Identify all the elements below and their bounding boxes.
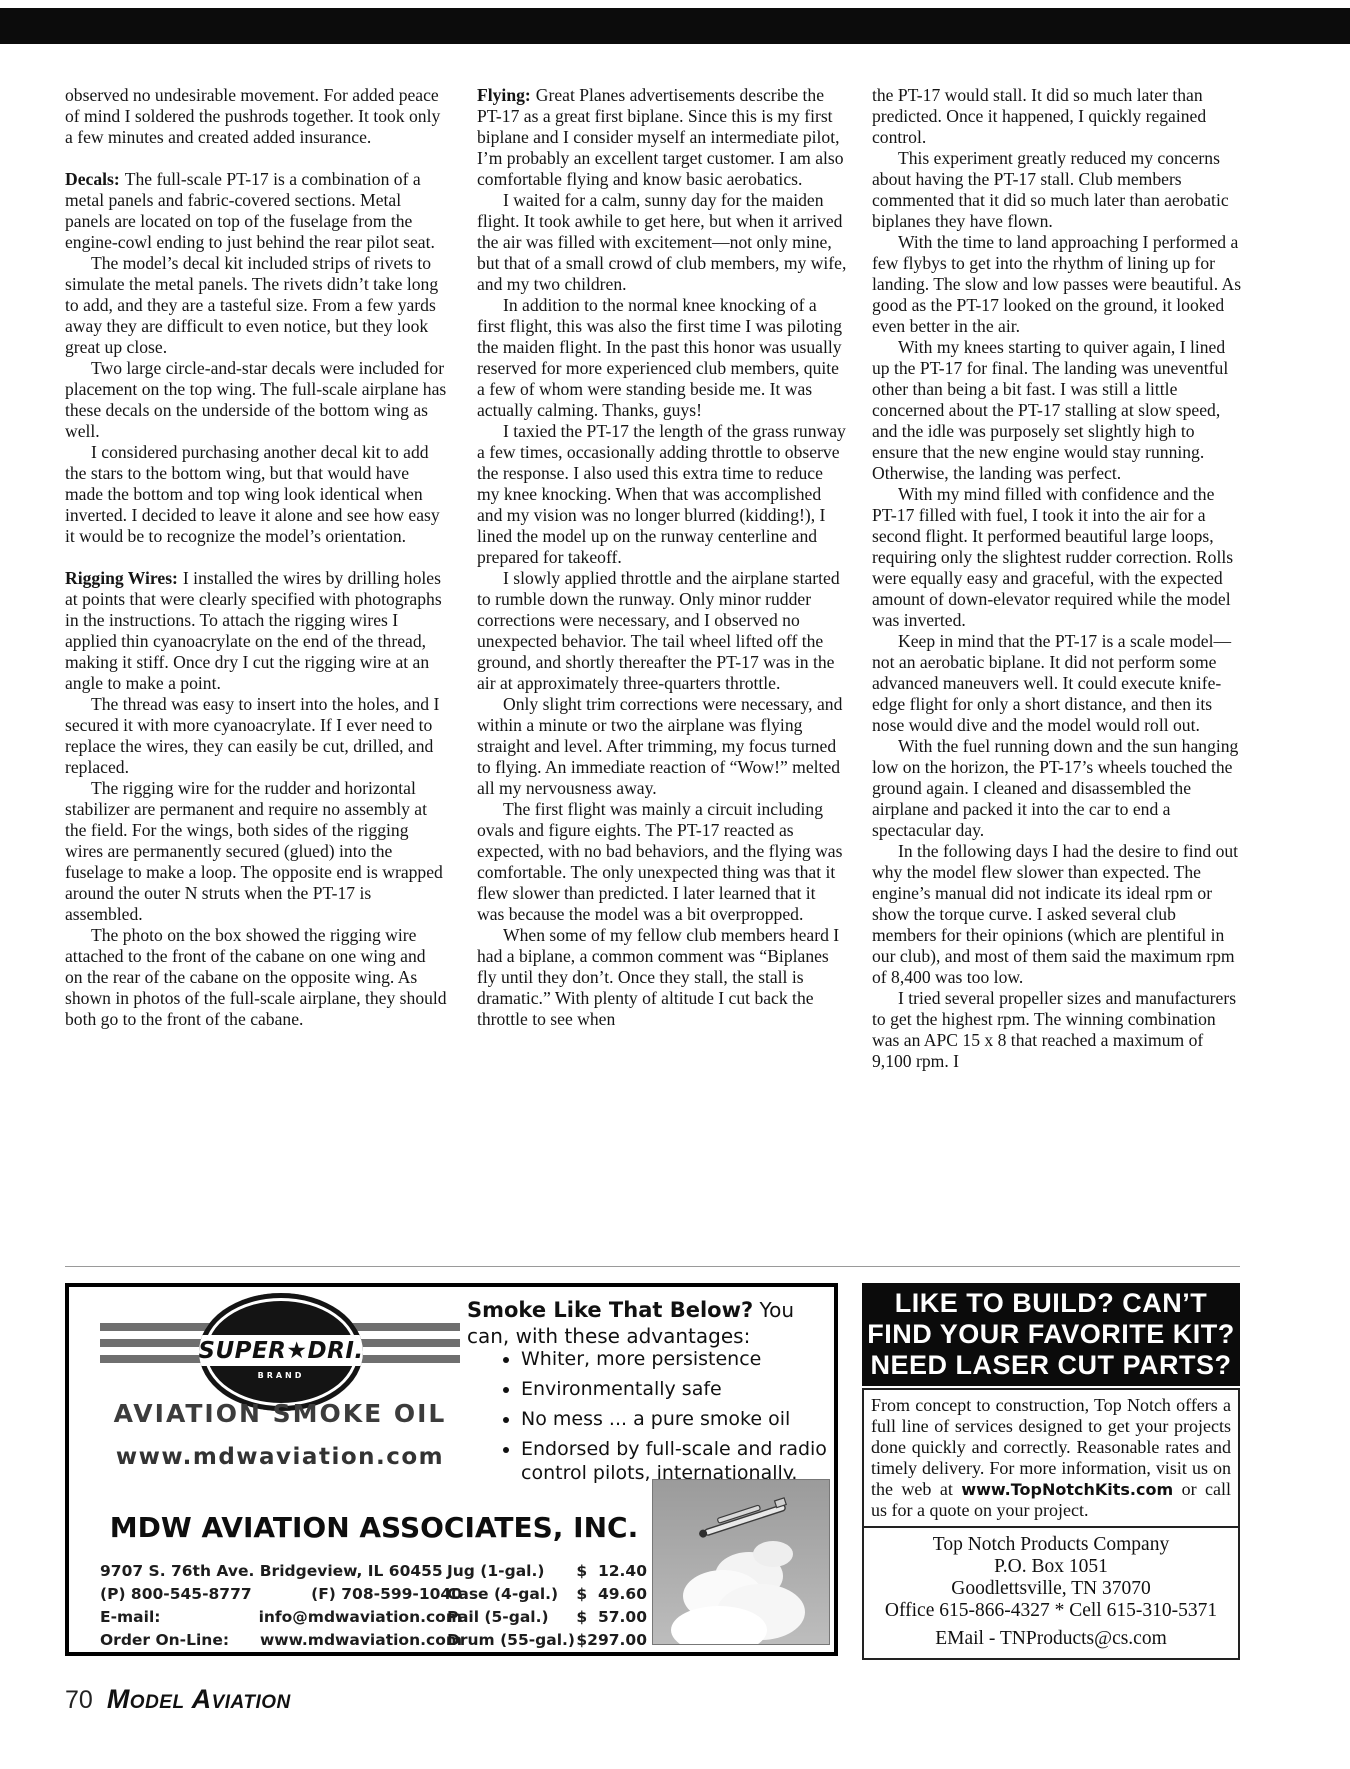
magazine-logo: Model Aviation: [107, 1684, 291, 1715]
list-item: Endorsed by full-scale and radio control…: [521, 1437, 837, 1485]
article-paragraph: With my mind filled with confidence and …: [872, 484, 1242, 631]
article-paragraph: Decals:The full-scale PT-17 is a combina…: [65, 169, 447, 253]
article-paragraph: When some of my fellow club members hear…: [477, 925, 847, 1030]
top-notch-phones: Office 615-866-4327 * Cell 615-310-5371: [866, 1600, 1236, 1622]
super-dri-brand-text: BRAND: [199, 1371, 363, 1380]
mdw-phone: (P) 800-545-8777: [100, 1583, 252, 1606]
mdw-benefits-list: Whiter, more persistence Environmentally…: [497, 1347, 837, 1491]
list-item: Environmentally safe: [521, 1377, 837, 1401]
article-paragraph: the PT-17 would stall. It did so much la…: [872, 85, 1242, 148]
top-notch-headline: LIKE TO BUILD? CAN’T FIND YOUR FAVORITE …: [862, 1283, 1240, 1386]
article-paragraph: Only slight trim corrections were necess…: [477, 694, 847, 799]
article-column-2: Flying:Great Planes advertisements descr…: [477, 85, 847, 1030]
article-paragraph: The thread was easy to insert into the h…: [65, 694, 447, 778]
top-black-banner: [0, 8, 1350, 44]
article-paragraph: Keep in mind that the PT-17 is a scale m…: [872, 631, 1242, 736]
smoke-plane-photo: [652, 1479, 830, 1645]
mdw-order-url: www.mdwaviation.com: [260, 1629, 462, 1652]
mdw-order-label: Order On-Line:: [100, 1629, 229, 1652]
mdw-email-label: E-mail:: [100, 1606, 160, 1629]
article-paragraph: I slowly applied throttle and the airpla…: [477, 568, 847, 694]
article-paragraph: With the fuel running down and the sun h…: [872, 736, 1242, 841]
price-row: Case (4-gal.)$ 49.60: [447, 1583, 647, 1606]
mdw-email-row: E-mail: info@mdwaviation.com: [100, 1606, 462, 1629]
article-paragraph: I taxied the PT-17 the length of the gra…: [477, 421, 847, 568]
top-notch-ad: LIKE TO BUILD? CAN’T FIND YOUR FAVORITE …: [862, 1283, 1240, 1660]
mdw-phone-fax: (P) 800-545-8777 (F) 708-599-1040: [100, 1583, 462, 1606]
mdw-headline: Smoke Like That Below? You can, with the…: [467, 1297, 829, 1349]
mdw-price-list: Jug (1-gal.)$ 12.40 Case (4-gal.)$ 49.60…: [447, 1560, 647, 1652]
top-notch-pobox: P.O. Box 1051: [866, 1556, 1236, 1578]
list-item: Whiter, more persistence: [521, 1347, 837, 1371]
top-notch-company: Top Notch Products Company: [866, 1534, 1236, 1556]
article-paragraph: With the time to land approaching I perf…: [872, 232, 1242, 337]
article-paragraph: This experiment greatly reduced my conce…: [872, 148, 1242, 232]
article-column-1: observed no undesirable movement. For ad…: [65, 85, 447, 1030]
mdw-website: www.mdwaviation.com: [94, 1444, 466, 1470]
article-ads-divider: [65, 1266, 1240, 1267]
price-row: Drum (55-gal.)$297.00: [447, 1629, 647, 1652]
mdw-contact-block: 9707 S. 76th Ave. Bridgeview, IL 60455 (…: [100, 1560, 462, 1652]
article-paragraph: I tried several propeller sizes and manu…: [872, 988, 1242, 1072]
super-dri-logo: SUPER★DRI. BRAND: [199, 1293, 363, 1411]
article-paragraph: The model’s decal kit included strips of…: [65, 253, 447, 358]
super-dri-logo-text: SUPER★DRI.: [199, 1338, 363, 1364]
article-paragraph: I waited for a calm, sunny day for the m…: [477, 190, 847, 295]
article-paragraph: In the following days I had the desire t…: [872, 841, 1242, 988]
page-number: 70: [65, 1686, 93, 1715]
top-notch-contact-block: Top Notch Products Company P.O. Box 1051…: [862, 1528, 1240, 1660]
article-paragraph: Two large circle-and-star decals were in…: [65, 358, 447, 442]
price-row: Pail (5-gal.)$ 57.00: [447, 1606, 647, 1629]
price-row: Jug (1-gal.)$ 12.40: [447, 1560, 647, 1583]
list-item: No mess ... a pure smoke oil: [521, 1407, 837, 1431]
magazine-page: observed no undesirable movement. For ad…: [0, 0, 1350, 1769]
mdw-company-name: MDW AVIATION ASSOCIATES, INC.: [94, 1511, 654, 1544]
mdw-order-row: Order On-Line: www.mdwaviation.com: [100, 1629, 462, 1652]
article-paragraph: Flying:Great Planes advertisements descr…: [477, 85, 847, 190]
article-paragraph: The rigging wire for the rudder and hori…: [65, 778, 447, 925]
article-paragraph: I considered purchasing another decal ki…: [65, 442, 447, 547]
page-footer: 70 Model Aviation: [65, 1684, 291, 1715]
article-paragraph: Rigging Wires:I installed the wires by d…: [65, 568, 447, 694]
top-notch-body: From concept to construction, Top Notch …: [862, 1388, 1240, 1528]
article-column-3: the PT-17 would stall. It did so much la…: [872, 85, 1242, 1072]
mdw-aviation-ad: SUPER★DRI. BRAND AVIATION SMOKE OIL www.…: [65, 1283, 838, 1656]
top-notch-email: EMail - TNProducts@cs.com: [866, 1628, 1236, 1650]
article-paragraph: observed no undesirable movement. For ad…: [65, 85, 447, 148]
mdw-address: 9707 S. 76th Ave. Bridgeview, IL 60455: [100, 1560, 462, 1583]
mdw-email: info@mdwaviation.com: [259, 1606, 462, 1629]
mdw-fax: (F) 708-599-1040: [311, 1583, 462, 1606]
article-paragraph: The photo on the box showed the rigging …: [65, 925, 447, 1030]
top-notch-city: Goodlettsville, TN 37070: [866, 1578, 1236, 1600]
article-paragraph: The first flight was mainly a circuit in…: [477, 799, 847, 925]
article-paragraph: In addition to the normal knee knocking …: [477, 295, 847, 421]
mdw-product-title: AVIATION SMOKE OIL: [94, 1399, 466, 1428]
article-paragraph: With my knees starting to quiver again, …: [872, 337, 1242, 484]
top-notch-website: www.TopNotchKits.com: [961, 1480, 1173, 1499]
